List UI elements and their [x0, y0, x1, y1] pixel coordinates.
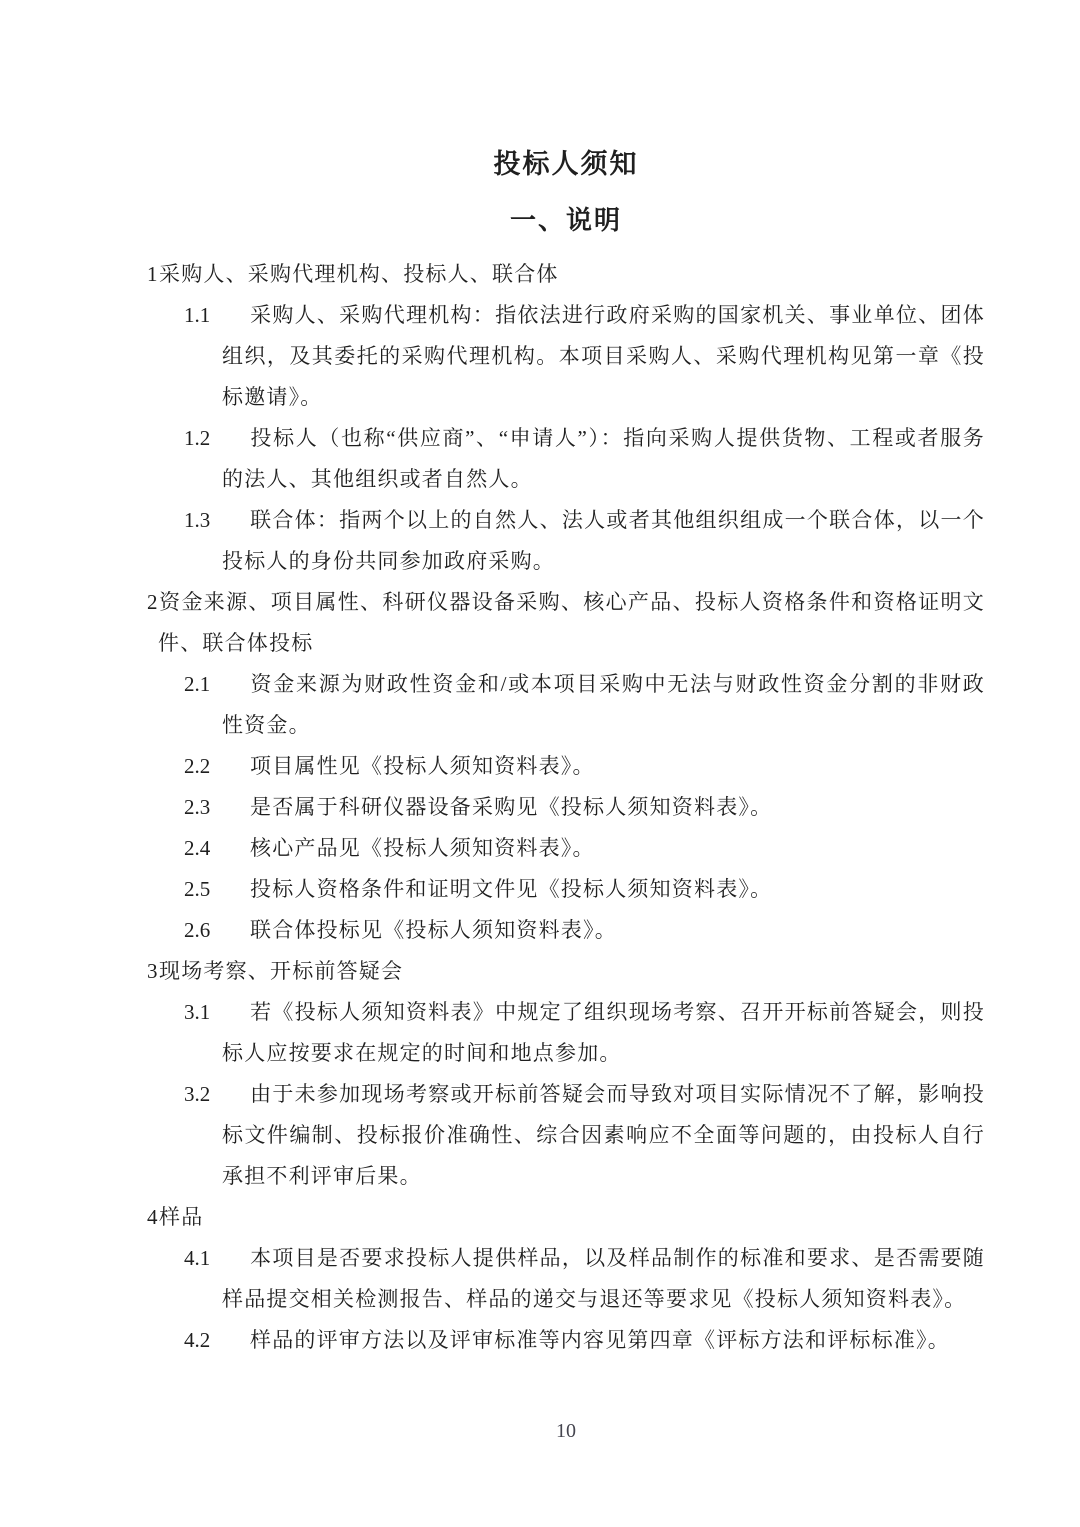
- list-item: 3.2由于未参加现场考察或开标前答疑会而导致对项目实际情况不了解，影响投标文件编…: [147, 1074, 985, 1197]
- list-item: 2.3是否属于科研仪器设备采购见《投标人须知资料表》。: [147, 787, 985, 828]
- list-item: 1采购人、采购代理机构、投标人、联合体: [147, 254, 985, 295]
- item-number: 3.2: [184, 1074, 250, 1115]
- list-item: 1.1采购人、采购代理机构：指依法进行政府采购的国家机关、事业单位、团体组织，及…: [147, 295, 985, 418]
- list-item: 1.2投标人（也称“供应商”、“申请人”）：指向采购人提供货物、工程或者服务的法…: [147, 418, 985, 500]
- page-content: 投标人须知 一、说明 1采购人、采购代理机构、投标人、联合体 1.1采购人、采购…: [0, 0, 1080, 1361]
- item-number: 4.2: [184, 1320, 250, 1361]
- item-number: 4: [147, 1197, 159, 1238]
- item-number: 2: [147, 582, 159, 623]
- item-text: 联合体：指两个以上的自然人、法人或者其他组织组成一个联合体，以一个投标人的身份共…: [222, 508, 985, 573]
- document-title: 投标人须知: [147, 0, 985, 182]
- item-text: 若《投标人须知资料表》中规定了组织现场考察、召开开标前答疑会，则投标人应按要求在…: [222, 1000, 985, 1065]
- item-text: 投标人资格条件和证明文件见《投标人须知资料表》。: [250, 877, 772, 901]
- item-number: 2.1: [184, 664, 250, 705]
- list-item: 2资金来源、项目属性、科研仪器设备采购、核心产品、投标人资格条件和资格证明文件、…: [147, 582, 985, 664]
- item-text: 投标人（也称“供应商”、“申请人”）：指向采购人提供货物、工程或者服务的法人、其…: [222, 426, 985, 491]
- item-text: 资金来源、项目属性、科研仪器设备采购、核心产品、投标人资格条件和资格证明文件、联…: [158, 590, 985, 655]
- item-text: 采购人、采购代理机构：指依法进行政府采购的国家机关、事业单位、团体组织，及其委托…: [222, 303, 985, 409]
- list-item: 2.5投标人资格条件和证明文件见《投标人须知资料表》。: [147, 869, 985, 910]
- item-text: 样品: [159, 1205, 203, 1229]
- section-heading: 一、说明: [147, 204, 985, 238]
- item-text: 核心产品见《投标人须知资料表》。: [250, 836, 595, 860]
- list-item: 3.1若《投标人须知资料表》中规定了组织现场考察、召开开标前答疑会，则投标人应按…: [147, 992, 985, 1074]
- item-number: 2.4: [184, 828, 250, 869]
- item-number: 4.1: [184, 1238, 250, 1279]
- list-item: 4样品: [147, 1197, 985, 1238]
- list-item: 4.1本项目是否要求投标人提供样品，以及样品制作的标准和要求、是否需要随样品提交…: [147, 1238, 985, 1320]
- item-number: 2.5: [184, 869, 250, 910]
- item-text: 由于未参加现场考察或开标前答疑会而导致对项目实际情况不了解，影响投标文件编制、投…: [222, 1082, 985, 1188]
- item-text: 采购人、采购代理机构、投标人、联合体: [159, 262, 559, 286]
- item-text: 联合体投标见《投标人须知资料表》。: [250, 918, 617, 942]
- item-number: 3.1: [184, 992, 250, 1033]
- list-item: 2.6联合体投标见《投标人须知资料表》。: [147, 910, 985, 951]
- page-number: 10: [147, 1418, 985, 1444]
- bid-instructions-list: 1采购人、采购代理机构、投标人、联合体 1.1采购人、采购代理机构：指依法进行政…: [147, 254, 985, 1361]
- list-item: 2.4核心产品见《投标人须知资料表》。: [147, 828, 985, 869]
- list-item: 3现场考察、开标前答疑会: [147, 951, 985, 992]
- item-number: 1.2: [184, 418, 250, 459]
- list-item: 4.2样品的评审方法以及评审标准等内容见第四章《评标方法和评标标准》。: [147, 1320, 985, 1361]
- item-number: 2.3: [184, 787, 250, 828]
- item-number: 1: [147, 254, 159, 295]
- item-text: 是否属于科研仪器设备采购见《投标人须知资料表》。: [250, 795, 772, 819]
- item-number: 2.2: [184, 746, 250, 787]
- item-text: 样品的评审方法以及评审标准等内容见第四章《评标方法和评标标准》。: [250, 1328, 950, 1352]
- item-text: 本项目是否要求投标人提供样品，以及样品制作的标准和要求、是否需要随样品提交相关检…: [222, 1246, 985, 1311]
- item-number: 1.1: [184, 295, 250, 336]
- document-page: 投标人须知 一、说明 1采购人、采购代理机构、投标人、联合体 1.1采购人、采购…: [0, 0, 1080, 1527]
- item-text: 现场考察、开标前答疑会: [159, 959, 403, 983]
- item-number: 3: [147, 951, 159, 992]
- item-number: 2.6: [184, 910, 250, 951]
- list-item: 2.1资金来源为财政性资金和/或本项目采购中无法与财政性资金分割的非财政性资金。: [147, 664, 985, 746]
- list-item: 1.3联合体：指两个以上的自然人、法人或者其他组织组成一个联合体，以一个投标人的…: [147, 500, 985, 582]
- item-text: 资金来源为财政性资金和/或本项目采购中无法与财政性资金分割的非财政性资金。: [222, 672, 985, 737]
- item-number: 1.3: [184, 500, 250, 541]
- item-text: 项目属性见《投标人须知资料表》。: [250, 754, 595, 778]
- list-item: 2.2项目属性见《投标人须知资料表》。: [147, 746, 985, 787]
